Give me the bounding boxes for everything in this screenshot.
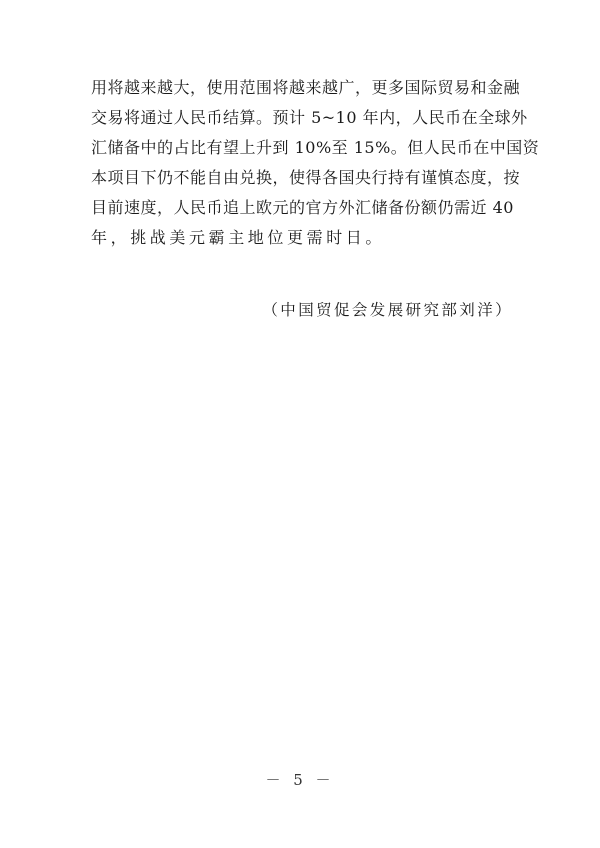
paragraph-line: 用将越来越大，使用范围将越来越广，更多国际贸易和金融 [91, 73, 509, 103]
paragraph-line: 年，挑战美元霸主地位更需时日。 [91, 223, 509, 253]
author-attribution: （中国贸促会发展研究部刘洋） [262, 295, 513, 325]
paragraph-line: 本项目下仍不能自由兑换，使得各国央行持有谨慎态度，按 [91, 163, 509, 193]
paragraph-line: 交易将通过人民币结算。预计 5~10 年内，人民币在全球外 [91, 103, 509, 133]
paragraph-line: 汇储备中的占比有望上升到 10%至 15%。但人民币在中国资 [91, 133, 509, 163]
paragraph-line: 目前速度，人民币追上欧元的官方外汇储备份额仍需近 40 [91, 193, 509, 223]
page-number: － 5 － [0, 770, 600, 790]
document-page: 用将越来越大，使用范围将越来越广，更多国际贸易和金融 交易将通过人民币结算。预计… [0, 0, 600, 848]
body-paragraph: 用将越来越大，使用范围将越来越广，更多国际贸易和金融 交易将通过人民币结算。预计… [91, 73, 511, 253]
